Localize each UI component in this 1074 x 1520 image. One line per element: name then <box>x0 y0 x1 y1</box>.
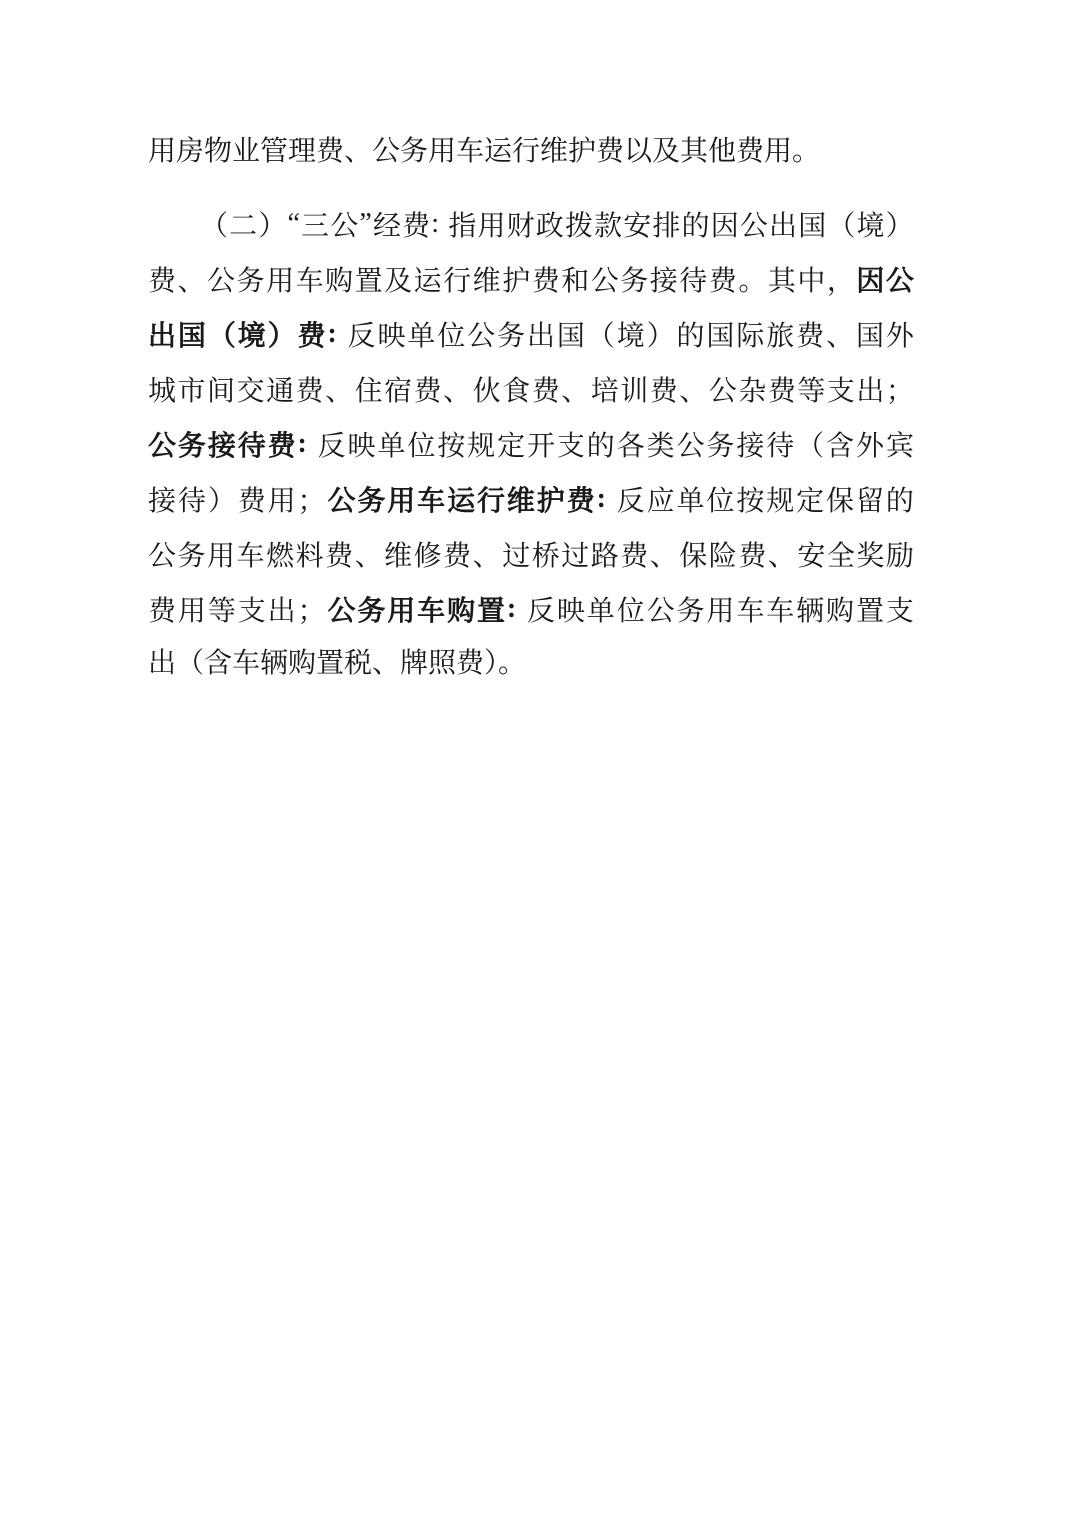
text-line: 接待）费用；公务用车运行维护费: 反应单位按规定保留的 <box>148 471 914 526</box>
text-block: 用房物业管理费、公务用车运行维护费以及其他费用。（二）“三公”经费: 指用财政拨… <box>148 124 914 691</box>
text-line: 公务接待费: 反映单位按规定开支的各类公务接待（含外宾 <box>148 416 914 471</box>
text-line: （二）“三公”经费: 指用财政拨款安排的因公出国（境） <box>148 196 914 251</box>
paragraph-continuation: 用房物业管理费、公务用车运行维护费以及其他费用。 <box>148 124 914 179</box>
text-line: 出（含车辆购置税、牌照费）。 <box>148 636 914 691</box>
paragraph-sangong-expenses: （二）“三公”经费: 指用财政拨款安排的因公出国（境）费、公务用车购置及运行维护… <box>148 196 914 691</box>
text-line: 出国（境）费: 反映单位公务出国（境）的国际旅费、国外 <box>148 306 914 361</box>
text-line: 费、公务用车购置及运行维护费和公务接待费。其中，因公 <box>148 251 914 306</box>
text-segment: 用房物业管理费、公务用车运行维护费以及其他费用。 <box>148 136 820 167</box>
text-line: 用房物业管理费、公务用车运行维护费以及其他费用。 <box>148 124 914 179</box>
text-line: 费用等支出；公务用车购置: 反映单位公务用车车辆购置支 <box>148 581 914 636</box>
text-line: 公务用车燃料费、维修费、过桥过路费、保险费、安全奖励 <box>148 526 914 581</box>
document-page: 用房物业管理费、公务用车运行维护费以及其他费用。（二）“三公”经费: 指用财政拨… <box>0 0 1074 1520</box>
text-segment: 出（含车辆购置税、牌照费）。 <box>148 648 526 679</box>
text-line: 城市间交通费、住宿费、伙食费、培训费、公杂费等支出； <box>148 361 914 416</box>
